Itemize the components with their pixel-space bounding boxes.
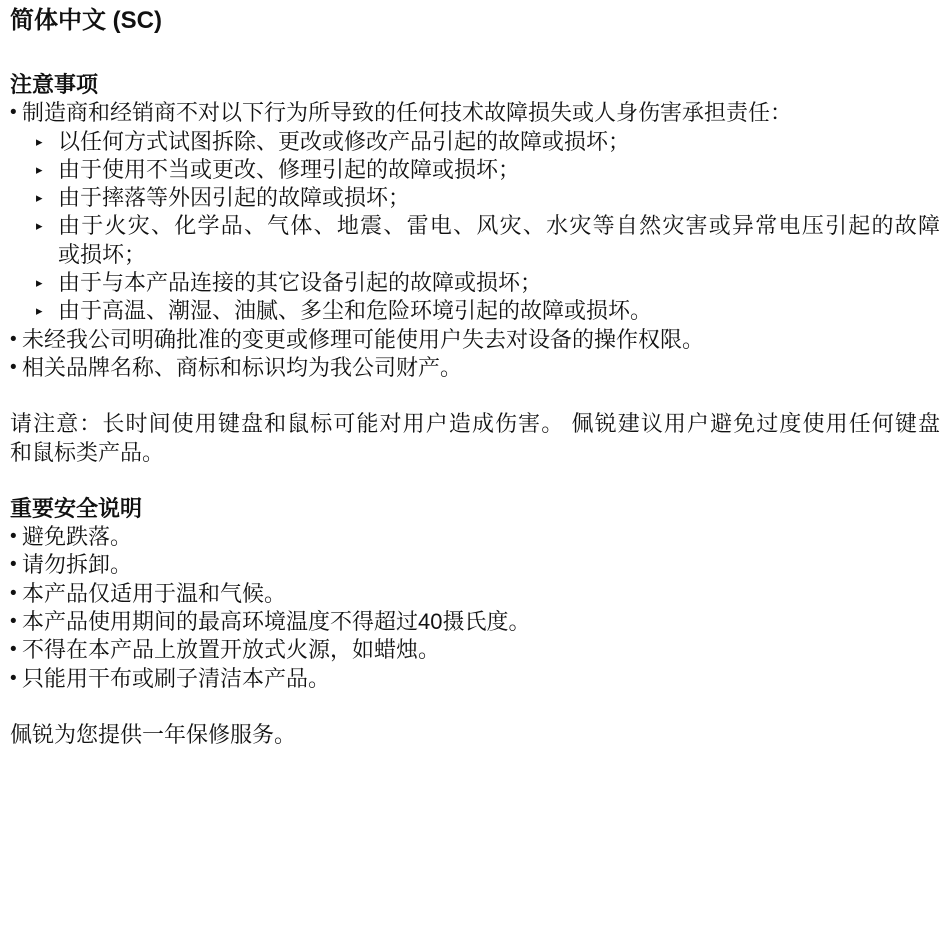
bullet-item-text: 避免跌落。 (22, 523, 940, 551)
notice-heading: 注意事项 (10, 71, 940, 99)
triangle-bullet-icon: ▸ (36, 184, 58, 212)
triangle-bullet-icon: ▸ (36, 128, 58, 156)
sub-bullet-item: ▸ 由于摔落等外因引起的故障或损坏； (10, 184, 940, 212)
caution-line: 和鼠标类产品。 (10, 439, 940, 467)
document-page: { "page": { "title": "简体中文 (SC)", "backg… (0, 0, 950, 951)
bullet-item: • 本产品仅适用于温和气候。 (10, 580, 940, 608)
bullet-item: • 未经我公司明确批准的变更或修理可能使用户失去对设备的操作权限。 (10, 326, 940, 354)
bullet-icon: • (10, 665, 22, 693)
bullet-icon: • (10, 636, 22, 664)
sub-bullet-item: ▸ 由于火灾、化学品、气体、地震、雷电、风灾、水灾等自然灾害或异常电压引起的故障… (10, 212, 940, 269)
bullet-icon: • (10, 551, 22, 579)
bullet-icon: • (10, 523, 22, 551)
sub-bullet-item: ▸ 由于使用不当或更改、修理引起的故障或损坏； (10, 156, 940, 184)
warranty-note: 佩锐为您提供一年保修服务。 (10, 721, 940, 749)
triangle-bullet-icon: ▸ (36, 297, 58, 325)
bullet-icon: • (10, 354, 22, 382)
bullet-icon: • (10, 608, 22, 636)
sub-bullet-line: 或损坏； (58, 241, 940, 269)
notice-section: 注意事项 • 制造商和经销商不对以下行为所导致的任何技术故障损失或人身伤害承担责… (10, 71, 940, 382)
bullet-item-text: 只能用干布或刷子清洁本产品。 (22, 665, 940, 693)
bullet-item: • 避免跌落。 (10, 523, 940, 551)
bullet-item-text: 相关品牌名称、商标和标识均为我公司财产。 (22, 354, 940, 382)
safety-section: 重要安全说明 • 避免跌落。 • 请勿拆卸。 • 本产品仅适用于温和气候。 • … (10, 495, 940, 693)
sub-bullet-item-text: 由于火灾、化学品、气体、地震、雷电、风灾、水灾等自然灾害或异常电压引起的故障 或… (58, 212, 940, 269)
bullet-item-text: 未经我公司明确批准的变更或修理可能使用户失去对设备的操作权限。 (22, 326, 940, 354)
bullet-item: • 制造商和经销商不对以下行为所导致的任何技术故障损失或人身伤害承担责任： (10, 99, 940, 127)
sub-bullet-item: ▸ 由于与本产品连接的其它设备引起的故障或损坏； (10, 269, 940, 297)
safety-heading: 重要安全说明 (10, 495, 940, 523)
bullet-item: • 请勿拆卸。 (10, 551, 940, 579)
caution-paragraph: 请注意：长时间使用键盘和鼠标可能对用户造成伤害。 佩锐建议用户避免过度使用任何键… (10, 410, 940, 467)
bullet-item: • 不得在本产品上放置开放式火源，如蜡烛。 (10, 636, 940, 664)
bullet-item: • 相关品牌名称、商标和标识均为我公司财产。 (10, 354, 940, 382)
caution-line: 请注意：长时间使用键盘和鼠标可能对用户造成伤害。 佩锐建议用户避免过度使用任何键… (10, 410, 940, 438)
sub-bullet-item-text: 由于与本产品连接的其它设备引起的故障或损坏； (58, 269, 940, 297)
bullet-item: • 本产品使用期间的最高环境温度不得超过40摄氏度。 (10, 608, 940, 636)
sub-bullet-line: 由于火灾、化学品、气体、地震、雷电、风灾、水灾等自然灾害或异常电压引起的故障 (58, 212, 940, 240)
sub-bullet-item-text: 由于高温、潮湿、油腻、多尘和危险环境引起的故障或损坏。 (58, 297, 940, 325)
bullet-item: • 只能用干布或刷子清洁本产品。 (10, 665, 940, 693)
triangle-bullet-icon: ▸ (36, 269, 58, 297)
bullet-item-text: 本产品仅适用于温和气候。 (22, 580, 940, 608)
sub-bullet-item-text: 由于摔落等外因引起的故障或损坏； (58, 184, 940, 212)
bullet-item-text: 制造商和经销商不对以下行为所导致的任何技术故障损失或人身伤害承担责任： (22, 99, 940, 127)
bullet-item-text: 请勿拆卸。 (22, 551, 940, 579)
bullet-item-text: 本产品使用期间的最高环境温度不得超过40摄氏度。 (22, 608, 940, 636)
sub-bullet-item: ▸ 由于高温、潮湿、油腻、多尘和危险环境引起的故障或损坏。 (10, 297, 940, 325)
bullet-icon: • (10, 99, 22, 127)
bullet-item-text: 不得在本产品上放置开放式火源，如蜡烛。 (22, 636, 940, 664)
bullet-icon: • (10, 580, 22, 608)
sub-bullet-item: ▸ 以任何方式试图拆除、更改或修改产品引起的故障或损坏； (10, 128, 940, 156)
page-title: 简体中文 (SC) (10, 6, 940, 36)
sub-bullet-item-text: 由于使用不当或更改、修理引起的故障或损坏； (58, 156, 940, 184)
bullet-icon: • (10, 326, 22, 354)
triangle-bullet-icon: ▸ (36, 156, 58, 184)
triangle-bullet-icon: ▸ (36, 212, 58, 240)
sub-bullet-item-text: 以任何方式试图拆除、更改或修改产品引起的故障或损坏； (58, 128, 940, 156)
